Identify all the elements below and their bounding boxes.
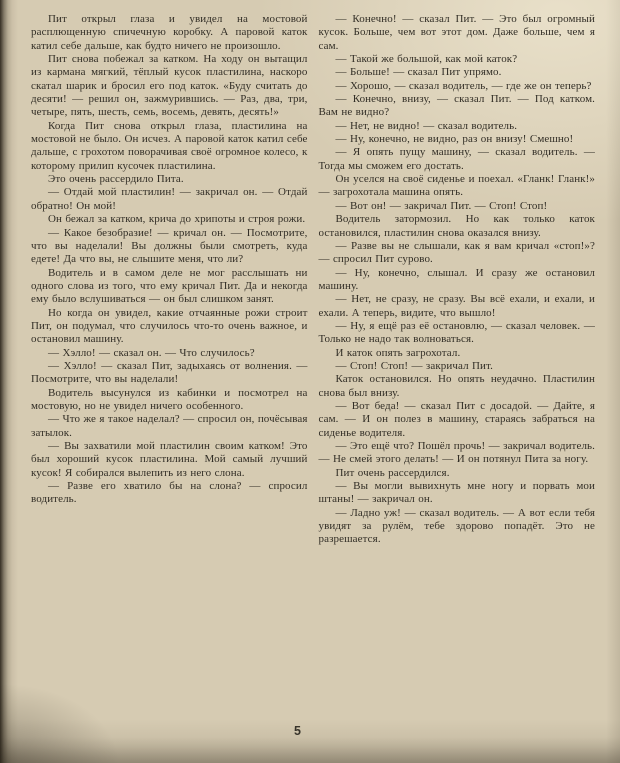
paragraph: Водитель и в самом деле не мог расслышат… (31, 267, 308, 307)
text-column-left: Пит открыл глаза и увидел на мостовой ра… (31, 13, 308, 547)
scan-bottom-edge-shadow (0, 737, 620, 763)
paragraph: — Конечно, внизу, — сказал Пит. — Под ка… (319, 93, 596, 120)
paragraph: — Нет, не видно! — сказал водитель. (319, 120, 596, 133)
paragraph: Но когда он увидел, какие отчаянные рожи… (31, 307, 308, 347)
paragraph: Пит очень рассердился. (319, 467, 596, 480)
paragraph: — Конечно! — сказал Пит. — Это был огром… (319, 13, 596, 53)
paragraph: — Я опять пущу машину, — сказал водитель… (319, 146, 596, 173)
paragraph: — Разве его хватило бы на слона? — спрос… (31, 480, 308, 507)
paragraph: Это очень рассердило Пита. (31, 173, 308, 186)
paragraph: — Ну, конечно, слышал. И сразу же остано… (319, 267, 596, 294)
paragraph: — Хорошо, — сказал водитель, — где же он… (319, 80, 596, 93)
paragraph: — Что же я такое наделал? — спросил он, … (31, 413, 308, 440)
paragraph: — Какое безобразие! — кричал он. — Посмо… (31, 227, 308, 267)
paragraph: — Это ещё что? Пошёл прочь! — закричал в… (319, 440, 596, 467)
paragraph: — Такой же большой, как мой каток? (319, 53, 596, 66)
paragraph: Он уселся на своё сиденье и поехал. «Гла… (319, 173, 596, 200)
paragraph: Каток остановился. Но опять неудачно. Пл… (319, 373, 596, 400)
paragraph: — Ладно уж! — сказал водитель. — А вот е… (319, 507, 596, 547)
page-number: 5 (283, 724, 313, 738)
paragraph: — Хэлло! — сказал Пит, задыхаясь от волн… (31, 360, 308, 387)
book-page-scan: Пит открыл глаза и увидел на мостовой ра… (0, 0, 620, 763)
paragraph: И каток опять загрохотал. (319, 347, 596, 360)
paragraph: Водитель высунулся из кабинки и посмотре… (31, 387, 308, 414)
paragraph: — Разве вы не слышали, как я вам кричал … (319, 240, 596, 267)
paragraph: — Вот он! — закричал Пит. — Стоп! Стоп! (319, 200, 596, 213)
paragraph: — Вы могли вывихнуть мне ногу и порвать … (319, 480, 596, 507)
paragraph: Пит снова побежал за катком. На ходу он … (31, 53, 308, 120)
text-block: Пит открыл глаза и увидел на мостовой ра… (31, 13, 595, 547)
paragraph: Водитель затормозил. Но как только каток… (319, 213, 596, 240)
scan-left-edge-shadow (0, 0, 18, 763)
scan-bottom-left-corner-shadow (0, 683, 120, 763)
paragraph: — Вот беда! — сказал Пит с досадой. — Да… (319, 400, 596, 440)
paragraph: — Ну, конечно, не видно, раз он внизу! С… (319, 133, 596, 146)
paragraph: — Больше! — сказал Пит упрямо. (319, 66, 596, 79)
paragraph: Когда Пит снова открыл глаза, пластилина… (31, 120, 308, 173)
paragraph: — Хэлло! — сказал он. — Что случилось? (31, 347, 308, 360)
paragraph: — Нет, не сразу, не сразу. Вы всё ехали,… (319, 293, 596, 320)
paragraph: — Отдай мой пластилин! — закричал он. — … (31, 186, 308, 213)
paragraph: — Вы захватили мой пластилин своим катко… (31, 440, 308, 480)
paragraph: — Ну, я ещё раз её остановлю, — сказал ч… (319, 320, 596, 347)
text-column-right: — Конечно! — сказал Пит. — Это был огром… (319, 13, 596, 547)
paragraph: Он бежал за катком, крича до хрипоты и с… (31, 213, 308, 226)
paragraph: Пит открыл глаза и увидел на мостовой ра… (31, 13, 308, 53)
paragraph: — Стоп! Стоп! — закричал Пит. (319, 360, 596, 373)
